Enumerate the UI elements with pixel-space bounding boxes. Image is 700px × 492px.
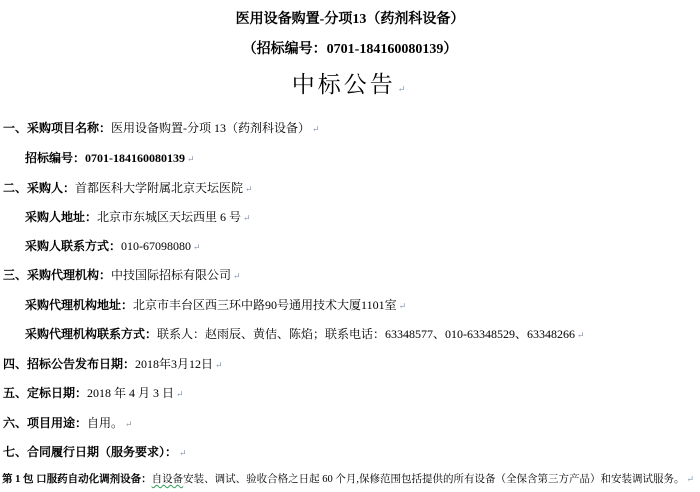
item-number: 一、	[3, 121, 27, 135]
item-label: 招标公告发布日期：	[27, 357, 135, 371]
announcement-heading-text: 中标公告	[292, 72, 396, 97]
item-value: 2018年3月12日	[135, 357, 213, 371]
item-label: 采购项目名称：	[27, 121, 111, 135]
document-title: 医用设备购置-分项13（药剂科设备）	[0, 8, 700, 28]
paragraph-mark: ↵	[193, 242, 201, 252]
item-label: 招标编号：	[25, 151, 85, 165]
paragraph-mark: ↵	[176, 389, 184, 399]
row-agency-contact: 采购代理机构联系方式：联系人：赵雨辰、黄佶、陈焰；联系电话：63348577、0…	[25, 327, 585, 342]
item-value: 北京市东城区天坛西里 6 号	[97, 210, 241, 224]
row-project-use: 六、项目用途：自用。↵	[3, 416, 133, 431]
package-detail: 安装、调试、验收合格之日起 60 个月,保修范围包括提供的所有设备（全保含第三方…	[183, 474, 684, 485]
item-number: 二、	[3, 181, 27, 195]
paragraph-mark: ↵	[233, 271, 241, 281]
row-award-date: 五、定标日期：2018 年 4 月 3 日↵	[3, 386, 184, 401]
item-value: 北京市丰台区西三环中路90号通用技术大厦1101室	[133, 298, 397, 312]
misspelled-text: 自设备	[152, 474, 184, 485]
paragraph-mark: ↵	[245, 184, 253, 194]
item-label: 定标日期：	[27, 386, 87, 400]
item-value: 2018 年 4 月 3 日	[87, 386, 174, 400]
row-purchaser: 二、采购人：首都医科大学附属北京天坛医院↵	[3, 181, 253, 196]
item-value: 中技国际招标有限公司	[111, 268, 231, 282]
paragraph-mark: ↵	[215, 360, 223, 370]
announcement-heading: 中标公告↵	[0, 66, 700, 99]
row-purchaser-address: 采购人地址：北京市东城区天坛西里 6 号↵	[25, 210, 251, 225]
item-label: 采购人联系方式：	[25, 239, 121, 253]
tender-number-subtitle: （招标编号：0701-184160080139）	[0, 38, 700, 58]
item-number: 三、	[3, 268, 27, 282]
row-project-name: 一、采购项目名称：医用设备购置-分项 13（药剂科设备）↵	[3, 121, 320, 136]
footer-package-line: 第 1 包 口服药自动化调剂设备：自设备安装、调试、验收合格之日起 60 个月,…	[2, 473, 694, 486]
paragraph-mark: ↵	[179, 448, 187, 458]
item-value: 自用。	[87, 416, 123, 430]
item-label: 采购代理机构：	[27, 268, 111, 282]
item-number: 七、	[3, 445, 27, 459]
row-tender-number: 招标编号：0701-184160080139↵	[25, 151, 195, 166]
row-agency: 三、采购代理机构：中技国际招标有限公司↵	[3, 268, 241, 283]
document-page: 医用设备购置-分项13（药剂科设备） （招标编号：0701-1841600801…	[0, 0, 700, 492]
package-label: 第 1 包 口服药自动化调剂设备：	[2, 474, 152, 485]
item-label: 采购代理机构联系方式：	[25, 327, 157, 341]
item-value: 首都医科大学附属北京天坛医院	[75, 181, 243, 195]
item-number: 四、	[3, 357, 27, 371]
paragraph-mark: ↵	[243, 213, 251, 223]
row-contract-period: 七、合同履行日期（服务要求）：↵	[3, 445, 187, 460]
item-value: 联系人：赵雨辰、黄佶、陈焰；联系电话：63348577、010-63348529…	[157, 327, 575, 341]
item-label: 合同履行日期（服务要求）：	[27, 445, 177, 459]
item-label: 采购人：	[27, 181, 75, 195]
item-number: 五、	[3, 386, 27, 400]
paragraph-mark: ↵	[187, 154, 195, 164]
paragraph-mark: ↵	[577, 330, 585, 340]
item-value: 医用设备购置-分项 13（药剂科设备）	[111, 121, 310, 135]
paragraph-mark: ↵	[312, 124, 320, 134]
item-value: 010-67098080	[121, 239, 191, 253]
item-label: 项目用途：	[27, 416, 87, 430]
paragraph-mark: ↵	[687, 474, 695, 484]
item-value: 0701-184160080139	[85, 151, 185, 165]
paragraph-mark: ↵	[399, 301, 407, 311]
row-agency-address: 采购代理机构地址：北京市丰台区西三环中路90号通用技术大厦1101室↵	[25, 298, 406, 313]
row-announce-date: 四、招标公告发布日期：2018年3月12日↵	[3, 357, 223, 372]
item-label: 采购人地址：	[25, 210, 97, 224]
paragraph-mark: ↵	[125, 419, 133, 429]
paragraph-mark: ↵	[398, 84, 409, 94]
row-purchaser-contact: 采购人联系方式：010-67098080↵	[25, 239, 201, 254]
item-label: 采购代理机构地址：	[25, 298, 133, 312]
item-number: 六、	[3, 416, 27, 430]
